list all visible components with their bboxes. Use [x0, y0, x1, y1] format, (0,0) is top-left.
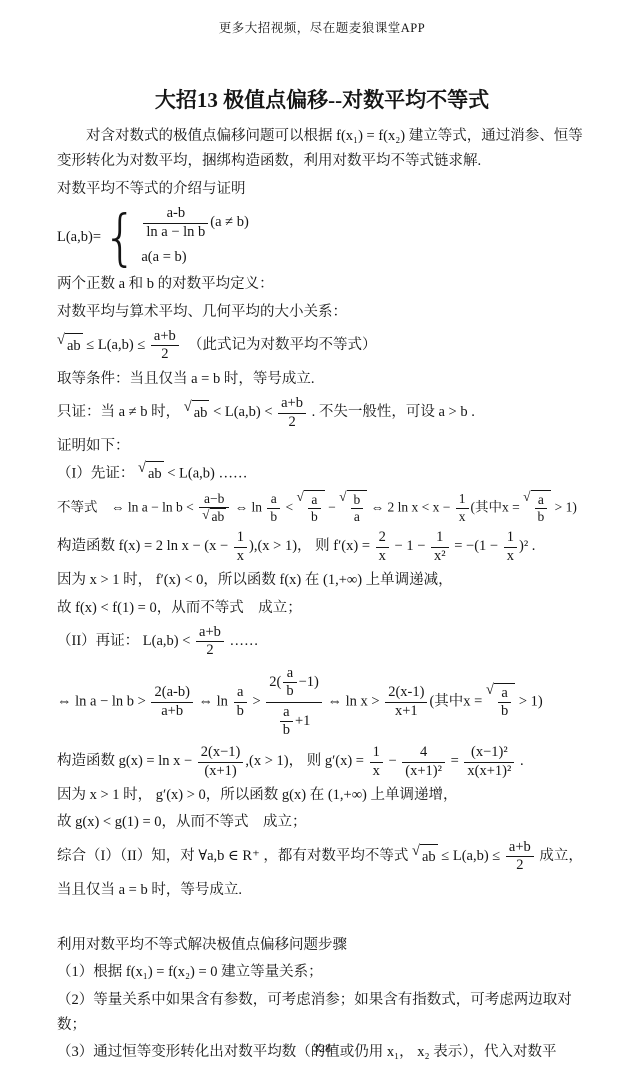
fraction: ab: [498, 685, 511, 721]
text-paragraph: 当且仅当 a = b 时，等号成立.: [57, 878, 591, 903]
fraction: a-bln a − ln b: [143, 205, 208, 241]
text-paragraph: 利用对数平均不等式解决极值点偏移问题步骤: [57, 933, 591, 958]
fraction: 1x: [234, 529, 247, 565]
fraction: 2(x-1)x+1: [385, 684, 427, 720]
fraction: a+b2: [506, 839, 534, 875]
cases-rows: a-bln a − ln b(a ≠ b)a(a = b): [141, 204, 248, 270]
square-root: √ab: [523, 490, 551, 526]
header-slogan: 更多大招视频，尽在题麦狼课堂APP: [0, 18, 644, 36]
text-paragraph: （2）等量关系中如果含有参数，可考虑消参；如果含有指数式，可考虑两边取对数；: [57, 988, 591, 1039]
text-paragraph: 综合（I）（II）知，对 ∀a,b ∈ R⁺ ，都有对数平均不等式 √ab ≤ …: [57, 838, 591, 876]
fraction: a+b2: [196, 624, 224, 660]
page-number: 328: [0, 1041, 644, 1056]
formula-line: ⇔ ln a − ln b > 2(a-b)a+b ⇔ ln ab > 2(ab…: [57, 663, 591, 742]
text-paragraph: 因为 x > 1 时， g′(x) > 0，所以函数 g(x) 在 (1,+∞)…: [57, 783, 591, 808]
left-brace-icon: {: [103, 208, 137, 265]
radical-sign-icon: √: [523, 490, 530, 505]
square-root: √ab: [412, 844, 438, 870]
square-root: √ab: [202, 508, 226, 525]
radical-sign-icon: √: [184, 400, 192, 416]
text-paragraph: 对数平均不等式的介绍与证明: [57, 177, 591, 202]
square-root: √ab: [486, 683, 515, 722]
fraction: ab: [283, 665, 296, 701]
fraction: 1x: [456, 491, 469, 524]
fraction: a−b√ab: [199, 491, 229, 526]
case-row: a(a = b): [141, 245, 186, 270]
text-paragraph: 对含对数式的极值点偏移问题可以根据 f(x₁) = f(x₂) 建立等式，通过消…: [57, 124, 591, 175]
radical-sign-icon: √: [412, 844, 420, 860]
text-paragraph: 两个正数 a 和 b 的对数平均定义：: [57, 272, 591, 297]
formula-line: √ab ≤ L(a,b) ≤ a+b2 （此式记为对数平均不等式）: [57, 327, 591, 365]
fraction: a+b2: [278, 395, 306, 431]
text-paragraph: 对数平均与算术平均、几何平均的大小关系：: [57, 300, 591, 325]
square-root: √ba: [339, 490, 367, 526]
page-title: 大招13 极值点偏移--对数平均不等式: [0, 84, 644, 114]
fraction: 4(x+1)²: [402, 744, 445, 780]
case-row: a-bln a − ln b(a ≠ b): [141, 204, 248, 242]
document-body: 对含对数式的极值点偏移问题可以根据 f(x₁) = f(x₂) 建立等式，通过消…: [57, 122, 591, 1068]
radical-sign-icon: √: [486, 683, 494, 699]
fraction: (x−1)²x(x+1)²: [464, 744, 514, 780]
formula-line: 只证：当 a ≠ b 时， √ab < L(a,b) < a+b2 . 不失一般…: [57, 394, 591, 432]
square-root: √ab: [184, 400, 210, 426]
blank-line: [57, 905, 591, 931]
fraction: a+b2: [151, 328, 179, 364]
radical-sign-icon: √: [202, 508, 209, 523]
fraction: 2(x−1)(x+1): [198, 744, 244, 780]
formula-line: （I）先证： √ab < L(a,b) ……: [57, 461, 591, 487]
fraction: 2x: [376, 529, 389, 565]
formula-line: 不等式 ⇔ ln a − ln b < a−b√ab ⇔ ln ab < √ab…: [57, 490, 591, 527]
fraction: 1x: [504, 529, 517, 565]
text-paragraph: 故 f(x) < f(1) = 0，从而不等式 成立；: [57, 596, 591, 621]
radical-sign-icon: √: [297, 490, 304, 505]
radical-sign-icon: √: [138, 461, 146, 477]
square-root: √ab: [297, 490, 325, 526]
fraction: 2(a-b)a+b: [151, 684, 192, 720]
radical-sign-icon: √: [339, 490, 346, 505]
text-paragraph: （1）根据 f(x₁) = f(x₂) = 0 建立等量关系；: [57, 960, 591, 985]
cases-lhs: L(a,b)=: [57, 225, 101, 250]
formula-line: （II）再证： L(a,b) < a+b2 ……: [57, 623, 591, 661]
fraction: 2(ab−1)ab+1: [266, 664, 322, 741]
fraction: 1x²: [431, 529, 449, 565]
fraction: 1x: [370, 744, 383, 780]
text-paragraph: 因为 x > 1 时， f′(x) < 0，所以函数 f(x) 在 (1,+∞)…: [57, 568, 591, 593]
fraction: ab: [234, 684, 247, 720]
fraction: ab: [308, 492, 321, 525]
piecewise-definition: L(a,b)={a-bln a − ln b(a ≠ b)a(a = b): [57, 204, 591, 270]
radical-sign-icon: √: [57, 333, 65, 349]
formula-line: 构造函数 f(x) = 2 ln x − (x − 1x),(x > 1)， 则…: [57, 528, 591, 566]
fraction: ab: [280, 704, 293, 740]
square-root: √ab: [57, 333, 83, 359]
fraction: ba: [351, 492, 364, 525]
text-paragraph: 证明如下：: [57, 434, 591, 459]
square-root: √ab: [138, 461, 164, 487]
text-paragraph: 故 g(x) < g(1) = 0，从而不等式 成立；: [57, 810, 591, 835]
fraction: ab: [267, 491, 280, 524]
document-page: 更多大招视频，尽在题麦狼课堂APP 大招13 极值点偏移--对数平均不等式 对含…: [0, 0, 644, 1086]
formula-line: 构造函数 g(x) = ln x − 2(x−1)(x+1),(x > 1)， …: [57, 743, 591, 781]
fraction: ab: [535, 492, 548, 525]
text-paragraph: 取等条件：当且仅当 a = b 时，等号成立.: [57, 367, 591, 392]
